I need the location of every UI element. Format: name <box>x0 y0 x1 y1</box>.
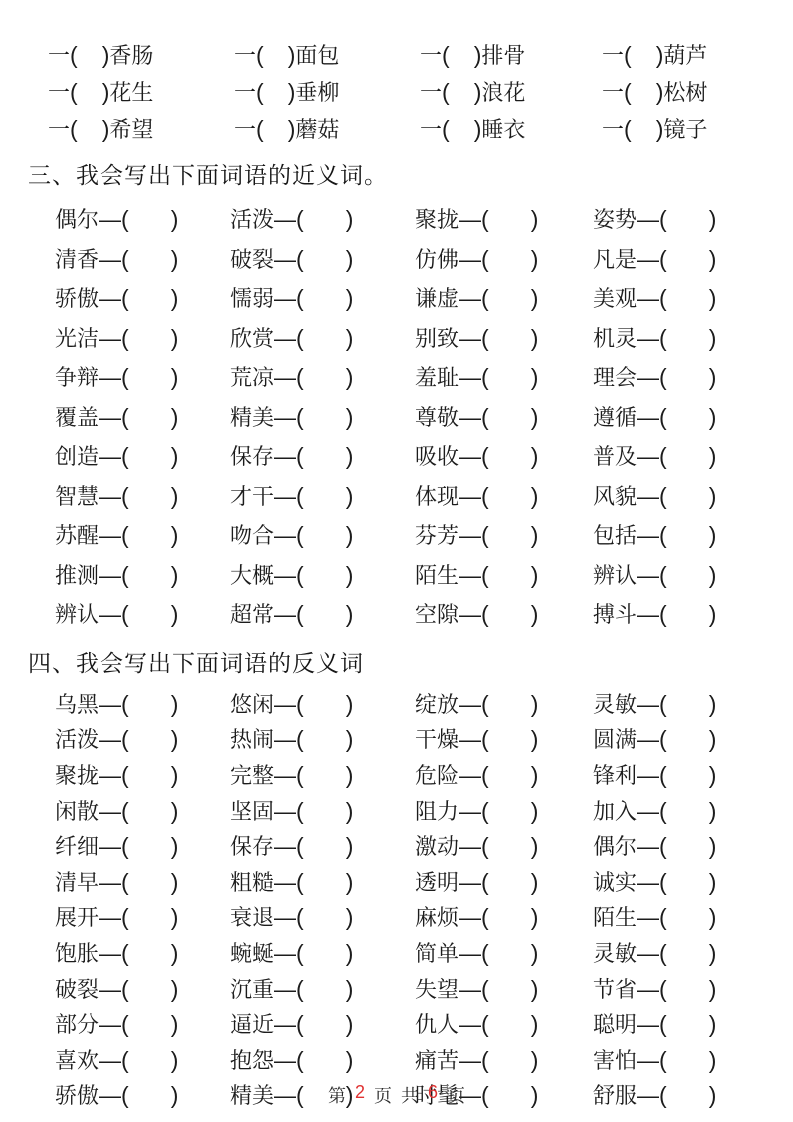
close-paren: ) <box>709 904 717 930</box>
open-paren: ( <box>659 940 667 966</box>
dash-connector: — <box>274 365 296 390</box>
word-item: 遵循—() <box>593 401 793 432</box>
item-word: 辨认 <box>55 602 99 627</box>
open-paren: ( <box>659 562 667 588</box>
dash-connector: — <box>459 365 481 390</box>
item-word: 智慧 <box>55 484 99 509</box>
item-word: 沉重 <box>230 977 274 1002</box>
item-word: 圆满 <box>593 727 637 752</box>
quantifier-item: 一()排骨 <box>420 39 602 70</box>
close-paren: ) <box>346 404 354 430</box>
dash-connector: — <box>459 326 481 351</box>
open-paren: ( <box>659 483 667 509</box>
open-paren: ( <box>481 726 489 752</box>
close-paren: ) <box>171 691 179 717</box>
dash-connector: — <box>99 444 121 469</box>
exercise-row: 展开—()衰退—()麻烦—()陌生—() <box>0 899 793 935</box>
close-paren: ) <box>709 522 717 548</box>
numeral-one: 一 <box>48 117 70 142</box>
dash-connector: — <box>274 977 296 1002</box>
open-paren: ( <box>296 325 304 351</box>
word-item: 激动—() <box>415 830 593 861</box>
open-paren: ( <box>481 1011 489 1037</box>
item-word: 保存 <box>230 834 274 859</box>
item-word: 痛苦 <box>415 1048 459 1073</box>
word-item: 逼近—() <box>230 1008 415 1039</box>
dash-connector: — <box>99 207 121 232</box>
word-item: 普及—() <box>593 440 793 471</box>
word-item: 智慧—() <box>55 480 230 511</box>
close-paren: ) <box>346 940 354 966</box>
open-paren: ( <box>659 1011 667 1037</box>
close-paren: ) <box>171 798 179 824</box>
exercise-row: 辨认—()超常—()空隙—()搏斗—() <box>0 594 793 634</box>
word-item: 干燥—() <box>415 723 593 754</box>
footer-prefix: 第 <box>328 1082 346 1108</box>
close-paren: ) <box>346 976 354 1002</box>
close-paren: ) <box>709 404 717 430</box>
close-paren: ) <box>531 833 539 859</box>
close-paren: ) <box>531 904 539 930</box>
dash-connector: — <box>637 763 659 788</box>
close-paren: ) <box>531 691 539 717</box>
item-word: 热闹 <box>230 727 274 752</box>
open-paren: ( <box>121 522 129 548</box>
open-paren: ( <box>121 691 129 717</box>
word-item: 大概—() <box>230 559 415 590</box>
word-item: 尊敬—() <box>415 401 593 432</box>
close-paren: ) <box>346 364 354 390</box>
open-paren: ( <box>659 443 667 469</box>
open-paren: ( <box>296 206 304 232</box>
dash-connector: — <box>99 563 121 588</box>
item-word: 仇人 <box>415 1012 459 1037</box>
word-item: 衰退—() <box>230 901 415 932</box>
dash-connector: — <box>637 692 659 717</box>
item-word: 加入 <box>593 799 637 824</box>
item-word: 喜欢 <box>55 1048 99 1073</box>
close-paren: ) <box>709 443 717 469</box>
word-item: 闲散—() <box>55 795 230 826</box>
close-paren: ) <box>531 483 539 509</box>
open-paren: ( <box>121 246 129 272</box>
exercise-row: 苏醒—()吻合—()芬芳—()包括—() <box>0 515 793 555</box>
open-paren: ( <box>296 483 304 509</box>
item-word: 陌生 <box>415 563 459 588</box>
item-word: 创造 <box>55 444 99 469</box>
open-paren: ( <box>256 79 264 105</box>
dash-connector: — <box>637 207 659 232</box>
open-paren: ( <box>121 562 129 588</box>
dash-connector: — <box>637 905 659 930</box>
item-word: 锋利 <box>593 763 637 788</box>
item-word: 谦虚 <box>415 286 459 311</box>
close-paren: ) <box>171 522 179 548</box>
word-item: 失望—() <box>415 973 593 1004</box>
open-paren: ( <box>121 976 129 1002</box>
open-paren: ( <box>256 42 264 68</box>
close-paren: ) <box>171 246 179 272</box>
close-paren: ) <box>171 443 179 469</box>
item-word: 芬芳 <box>415 523 459 548</box>
item-word: 坚固 <box>230 799 274 824</box>
word-item: 危险—() <box>415 759 593 790</box>
open-paren: ( <box>296 726 304 752</box>
item-word: 美观 <box>593 286 637 311</box>
dash-connector: — <box>99 763 121 788</box>
item-word: 包括 <box>593 523 637 548</box>
open-paren: ( <box>481 1047 489 1073</box>
open-paren: ( <box>296 869 304 895</box>
close-paren: ) <box>531 246 539 272</box>
item-word: 粗糙 <box>230 870 274 895</box>
dash-connector: — <box>274 692 296 717</box>
open-paren: ( <box>481 833 489 859</box>
quantifier-item: 一()松树 <box>602 76 793 107</box>
dash-connector: — <box>459 834 481 859</box>
dash-connector: — <box>274 207 296 232</box>
close-paren: ) <box>531 601 539 627</box>
dash-connector: — <box>274 727 296 752</box>
dash-connector: — <box>274 523 296 548</box>
item-word: 清早 <box>55 870 99 895</box>
item-word: 辨认 <box>593 563 637 588</box>
numeral-one: 一 <box>48 80 70 105</box>
numeral-one: 一 <box>420 117 442 142</box>
item-word: 仿佛 <box>415 247 459 272</box>
word-item: 害怕—() <box>593 1044 793 1075</box>
dash-connector: — <box>99 484 121 509</box>
dash-connector: — <box>637 484 659 509</box>
close-paren: ) <box>346 762 354 788</box>
item-word: 节省 <box>593 977 637 1002</box>
dash-connector: — <box>459 1012 481 1037</box>
word-item: 喜欢—() <box>55 1044 230 1075</box>
item-word: 才干 <box>230 484 274 509</box>
dash-connector: — <box>459 941 481 966</box>
exercise-row: 部分—()逼近—()仇人—()聪明—() <box>0 1006 793 1042</box>
item-word: 松树 <box>663 80 707 105</box>
item-word: 机灵 <box>593 326 637 351</box>
item-word: 荒凉 <box>230 365 274 390</box>
worksheet-page: 一()香肠一()面包一()排骨一()葫芦一()花生一()垂柳一()浪花一()松树… <box>0 0 793 1122</box>
item-word: 镜子 <box>663 117 707 142</box>
open-paren: ( <box>481 483 489 509</box>
dash-connector: — <box>274 602 296 627</box>
dash-connector: — <box>637 727 659 752</box>
open-paren: ( <box>659 691 667 717</box>
word-item: 羞耻—() <box>415 361 593 392</box>
item-word: 尊敬 <box>415 405 459 430</box>
item-word: 展开 <box>55 905 99 930</box>
word-item: 吻合—() <box>230 519 415 550</box>
close-paren: ) <box>709 562 717 588</box>
open-paren: ( <box>121 483 129 509</box>
item-word: 花生 <box>109 80 153 105</box>
word-item: 热闹—() <box>230 723 415 754</box>
word-item: 理会—() <box>593 361 793 392</box>
quantifier-item: 一()镜子 <box>602 113 793 144</box>
word-item: 美观—() <box>593 282 793 313</box>
dash-connector: — <box>99 1012 121 1037</box>
word-item: 辨认—() <box>55 598 230 629</box>
open-paren: ( <box>296 833 304 859</box>
item-word: 睡衣 <box>481 117 525 142</box>
quantifier-item: 一()蘑菇 <box>234 113 420 144</box>
open-paren: ( <box>296 1011 304 1037</box>
open-paren: ( <box>659 246 667 272</box>
quantifier-item: 一()浪花 <box>420 76 602 107</box>
word-item: 创造—() <box>55 440 230 471</box>
close-paren: ) <box>171 562 179 588</box>
open-paren: ( <box>70 79 78 105</box>
antonym-exercise-grid: 乌黑—()悠闲—()绽放—()灵敏—()活泼—()热闹—()干燥—()圆满—()… <box>0 686 793 1113</box>
close-paren: ) <box>709 726 717 752</box>
dash-connector: — <box>274 834 296 859</box>
item-word: 阻力 <box>415 799 459 824</box>
open-paren: ( <box>296 601 304 627</box>
open-paren: ( <box>121 325 129 351</box>
close-paren: ) <box>531 976 539 1002</box>
open-paren: ( <box>624 79 632 105</box>
open-paren: ( <box>659 404 667 430</box>
close-paren: ) <box>709 246 717 272</box>
item-word: 超常 <box>230 602 274 627</box>
numeral-one: 一 <box>234 80 256 105</box>
word-item: 部分—() <box>55 1008 230 1039</box>
word-item: 超常—() <box>230 598 415 629</box>
close-paren: ) <box>346 904 354 930</box>
dash-connector: — <box>99 977 121 1002</box>
open-paren: ( <box>481 691 489 717</box>
word-item: 体现—() <box>415 480 593 511</box>
exercise-row: 饱胀—()蜿蜒—()简单—()灵敏—() <box>0 935 793 971</box>
dash-connector: — <box>459 1048 481 1073</box>
close-paren: ) <box>346 798 354 824</box>
dash-connector: — <box>637 799 659 824</box>
numeral-one: 一 <box>420 43 442 68</box>
close-paren: ) <box>171 976 179 1002</box>
word-item: 陌生—() <box>593 901 793 932</box>
dash-connector: — <box>459 763 481 788</box>
close-paren: ) <box>171 726 179 752</box>
word-item: 麻烦—() <box>415 901 593 932</box>
close-paren: ) <box>171 601 179 627</box>
open-paren: ( <box>659 206 667 232</box>
close-paren: ) <box>346 726 354 752</box>
exercise-row: 智慧—()才干—()体现—()风貌—() <box>0 476 793 516</box>
word-item: 聚拢—() <box>415 203 593 234</box>
dash-connector: — <box>274 563 296 588</box>
word-item: 搏斗—() <box>593 598 793 629</box>
dash-connector: — <box>99 727 121 752</box>
exercise-row: 一()香肠一()面包一()排骨一()葫芦 <box>0 36 793 73</box>
close-paren: ) <box>171 285 179 311</box>
item-word: 饱胀 <box>55 941 99 966</box>
item-word: 乌黑 <box>55 692 99 717</box>
dash-connector: — <box>637 286 659 311</box>
item-word: 浪花 <box>481 80 525 105</box>
item-word: 保存 <box>230 444 274 469</box>
word-item: 蜿蜒—() <box>230 937 415 968</box>
word-item: 痛苦—() <box>415 1044 593 1075</box>
open-paren: ( <box>121 285 129 311</box>
item-word: 活泼 <box>55 727 99 752</box>
exercise-row: 一()希望一()蘑菇一()睡衣一()镜子 <box>0 110 793 147</box>
dash-connector: — <box>274 763 296 788</box>
dash-connector: — <box>274 326 296 351</box>
numeral-one: 一 <box>234 117 256 142</box>
word-item: 欣赏—() <box>230 322 415 353</box>
close-paren: ) <box>709 364 717 390</box>
close-paren: ) <box>346 285 354 311</box>
exercise-row: 光洁—()欣赏—()别致—()机灵—() <box>0 318 793 358</box>
item-word: 姿势 <box>593 207 637 232</box>
close-paren: ) <box>709 601 717 627</box>
close-paren: ) <box>709 833 717 859</box>
close-paren: ) <box>346 1047 354 1073</box>
item-word: 垂柳 <box>295 80 339 105</box>
item-word: 陌生 <box>593 905 637 930</box>
item-word: 完整 <box>230 763 274 788</box>
word-item: 清早—() <box>55 866 230 897</box>
open-paren: ( <box>296 443 304 469</box>
dash-connector: — <box>459 405 481 430</box>
dash-connector: — <box>637 977 659 1002</box>
dash-connector: — <box>637 444 659 469</box>
dash-connector: — <box>637 941 659 966</box>
exercise-row: 创造—()保存—()吸收—()普及—() <box>0 436 793 476</box>
item-word: 蜿蜒 <box>230 941 274 966</box>
item-word: 透明 <box>415 870 459 895</box>
item-word: 空隙 <box>415 602 459 627</box>
close-paren: ) <box>531 443 539 469</box>
close-paren: ) <box>531 1011 539 1037</box>
item-word: 欣赏 <box>230 326 274 351</box>
word-item: 姿势—() <box>593 203 793 234</box>
open-paren: ( <box>121 762 129 788</box>
dash-connector: — <box>274 941 296 966</box>
item-word: 普及 <box>593 444 637 469</box>
item-word: 危险 <box>415 763 459 788</box>
dash-connector: — <box>99 941 121 966</box>
open-paren: ( <box>121 206 129 232</box>
open-paren: ( <box>296 1047 304 1073</box>
item-word: 失望 <box>415 977 459 1002</box>
close-paren: ) <box>171 762 179 788</box>
word-item: 展开—() <box>55 901 230 932</box>
item-word: 吸收 <box>415 444 459 469</box>
dash-connector: — <box>99 905 121 930</box>
close-paren: ) <box>709 691 717 717</box>
item-word: 抱怨 <box>230 1048 274 1073</box>
item-word: 灵敏 <box>593 941 637 966</box>
dash-connector: — <box>274 1012 296 1037</box>
word-item: 仇人—() <box>415 1008 593 1039</box>
word-item: 偶尔—() <box>593 830 793 861</box>
close-paren: ) <box>709 206 717 232</box>
close-paren: ) <box>531 404 539 430</box>
exercise-row: 一()花生一()垂柳一()浪花一()松树 <box>0 73 793 110</box>
word-item: 芬芳—() <box>415 519 593 550</box>
close-paren: ) <box>531 206 539 232</box>
item-word: 简单 <box>415 941 459 966</box>
close-paren: ) <box>531 285 539 311</box>
open-paren: ( <box>659 833 667 859</box>
word-item: 精美—() <box>230 401 415 432</box>
open-paren: ( <box>481 206 489 232</box>
dash-connector: — <box>99 870 121 895</box>
footer-middle-pages: 页 <box>374 1082 392 1108</box>
dash-connector: — <box>99 405 121 430</box>
dash-connector: — <box>99 365 121 390</box>
open-paren: ( <box>70 42 78 68</box>
word-item: 懦弱—() <box>230 282 415 313</box>
word-item: 活泼—() <box>230 203 415 234</box>
word-item: 仿佛—() <box>415 243 593 274</box>
open-paren: ( <box>481 364 489 390</box>
total-page-number: 6 <box>428 1082 438 1108</box>
item-word: 葫芦 <box>663 43 707 68</box>
word-item: 灵敏—() <box>593 688 793 719</box>
dash-connector: — <box>459 692 481 717</box>
item-word: 理会 <box>593 365 637 390</box>
word-item: 争辩—() <box>55 361 230 392</box>
word-item: 饱胀—() <box>55 937 230 968</box>
close-paren: ) <box>531 726 539 752</box>
close-paren: ) <box>171 1047 179 1073</box>
close-paren: ) <box>346 483 354 509</box>
close-paren: ) <box>346 206 354 232</box>
dash-connector: — <box>637 1012 659 1037</box>
footer-suffix: 页 <box>447 1082 465 1108</box>
close-paren: ) <box>709 869 717 895</box>
word-item: 别致—() <box>415 322 593 353</box>
open-paren: ( <box>481 285 489 311</box>
item-word: 衰退 <box>230 905 274 930</box>
word-item: 圆满—() <box>593 723 793 754</box>
word-item: 锋利—() <box>593 759 793 790</box>
close-paren: ) <box>531 798 539 824</box>
open-paren: ( <box>442 116 450 142</box>
dash-connector: — <box>459 563 481 588</box>
close-paren: ) <box>346 562 354 588</box>
open-paren: ( <box>442 42 450 68</box>
dash-connector: — <box>637 834 659 859</box>
close-paren: ) <box>346 869 354 895</box>
open-paren: ( <box>256 116 264 142</box>
item-word: 懦弱 <box>230 286 274 311</box>
open-paren: ( <box>121 798 129 824</box>
item-word: 光洁 <box>55 326 99 351</box>
item-word: 破裂 <box>230 247 274 272</box>
close-paren: ) <box>709 940 717 966</box>
close-paren: ) <box>531 869 539 895</box>
close-paren: ) <box>346 443 354 469</box>
item-word: 搏斗 <box>593 602 637 627</box>
dash-connector: — <box>459 870 481 895</box>
word-item: 活泼—() <box>55 723 230 754</box>
close-paren: ) <box>346 325 354 351</box>
open-paren: ( <box>121 940 129 966</box>
word-item: 粗糙—() <box>230 866 415 897</box>
open-paren: ( <box>659 285 667 311</box>
numeral-one: 一 <box>48 43 70 68</box>
quantifier-item: 一()葫芦 <box>602 39 793 70</box>
open-paren: ( <box>296 976 304 1002</box>
dash-connector: — <box>99 834 121 859</box>
dash-connector: — <box>459 207 481 232</box>
